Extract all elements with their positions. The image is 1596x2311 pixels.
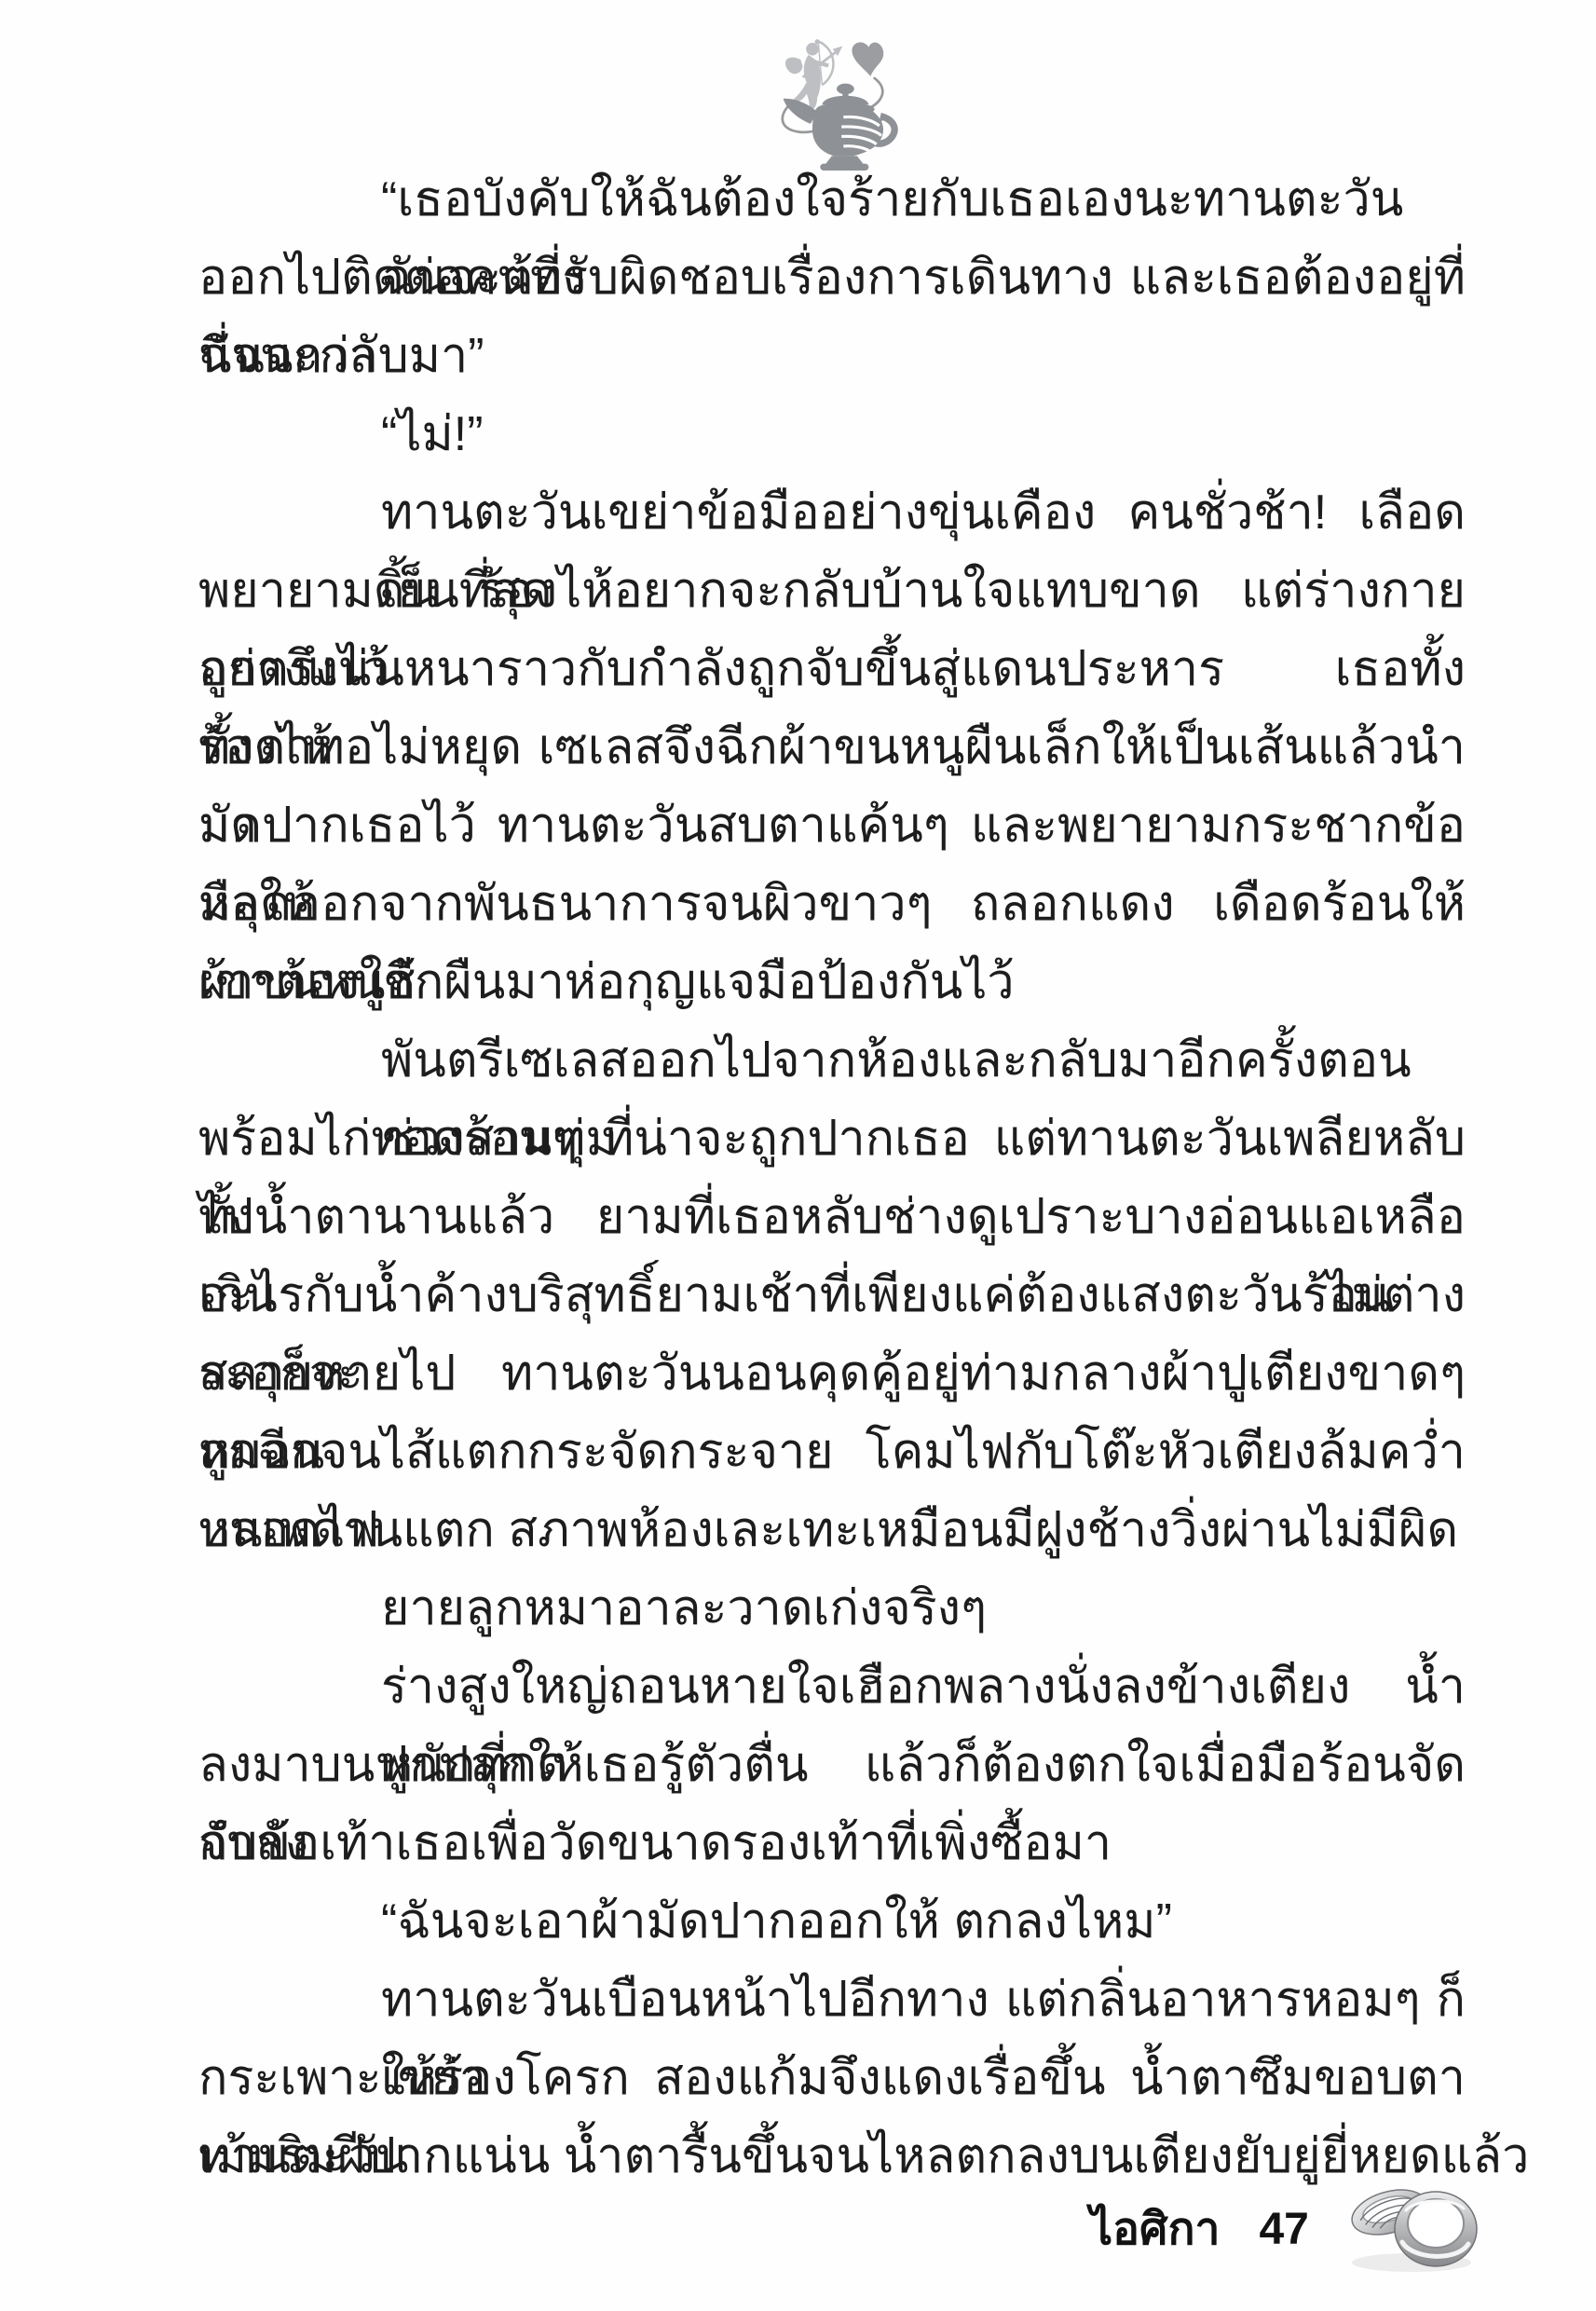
- text-line: ออกไปติดต่อคนที่รับผิดชอบเรื่องการเดินทา…: [198, 239, 1466, 317]
- paragraph: “เธอบังคับให้ฉันต้องใจร้ายกับเธอเองนะทาน…: [198, 160, 1466, 395]
- paragraph: ทานตะวันเขย่าข้อมืออย่างขุ่นเคือง คนชั่ว…: [198, 473, 1466, 1021]
- text-line: บนเพดานแตก สภาพห้องเละเทะเหมือนมีฝูงช้าง…: [198, 1491, 1466, 1569]
- book-page: “เธอบังคับให้ฉันต้องใจร้ายกับเธอเองนะทาน…: [0, 0, 1596, 2311]
- text-line: จับข้อเท้าเธอเพื่อวัดขนาดรองเท้าที่เพิ่ง…: [198, 1804, 1466, 1882]
- text-line: ถูกฉีกจนไส้แตกกระจัดกระจาย โคมไฟกับโต๊ะห…: [198, 1413, 1466, 1491]
- text-line: ลงมาบนฟูกปลุกให้เธอรู้ตัวตื่น แล้วก็ต้อง…: [198, 1726, 1466, 1804]
- paragraph: “ไม่!”: [198, 395, 1466, 473]
- wedding-rings-icon: [1344, 2171, 1484, 2276]
- text-line: กระเพาะให้ร้องโครก สองแก้มจึงแดงเรื่อขึ้…: [198, 2039, 1466, 2117]
- text-line: สลายหายไป ทานตะวันนอนคุดคู้อยู่ท่ามกลางผ…: [198, 1334, 1466, 1413]
- text-line: พยายามดิ้น ร้องไห้อยากจะกลับบ้านใจแทบขาด…: [198, 552, 1466, 630]
- paragraph: “ฉันจะเอาผ้ามัดปากออกให้ ตกลงไหม”: [198, 1882, 1466, 1961]
- text-line: ยายลูกหมาอาละวาดเก่งจริงๆ: [198, 1569, 1466, 1648]
- text-line: มัดปากเธอไว้ ทานตะวันสบตาแค้นๆ และพยายาม…: [198, 786, 1466, 865]
- text-line: พร้อมไก่ทอดร้อนๆ ที่น่าจะถูกปากเธอ แต่ทา…: [198, 1100, 1466, 1178]
- page-number: 47: [1259, 2204, 1308, 2255]
- paragraph: ร่างสูงใหญ่ถอนหายใจเฮือกพลางนั่งลงข้างเต…: [198, 1648, 1466, 1882]
- paragraph: ยายลูกหมาอาละวาดเก่งจริงๆ: [198, 1569, 1466, 1648]
- paragraph: ทานตะวันเบือนหน้าไปอีกทาง แต่กลิ่นอาหารห…: [198, 1961, 1466, 2195]
- text-line: ฉันจะกลับมา”: [198, 317, 1466, 395]
- text-line: อะไรกับน้ำค้างบริสุทธิ์ยามเช้าที่เพียงแค…: [198, 1256, 1466, 1334]
- text-line: ทั้งด่าทอไม่หยุด เซเลสจึงฉีกผ้าขนหนูผืนเ…: [198, 708, 1466, 786]
- text-line: ร่างสูงใหญ่ถอนหายใจเฮือกพลางนั่งลงข้างเต…: [198, 1648, 1466, 1726]
- text-line: อย่างแน่นหนาราวกับกำลังถูกจับขึ้นสู่แดนป…: [198, 630, 1466, 708]
- text-line: “ไม่!”: [198, 395, 1466, 473]
- running-title: ไอศิกา: [1090, 2194, 1220, 2264]
- text-line: “ฉันจะเอาผ้ามัดปากออกให้ ตกลงไหม”: [198, 1882, 1466, 1961]
- text-line: “เธอบังคับให้ฉันต้องใจร้ายกับเธอเองนะทาน…: [198, 160, 1466, 239]
- text-line: หลุดออกจากพันธนาการจนผิวขาวๆ ถลอกแดง เดื…: [198, 865, 1466, 943]
- text-line: ทานตะวันเบือนหน้าไปอีกทาง แต่กลิ่นอาหารห…: [198, 1961, 1466, 2039]
- body-text: “เธอบังคับให้ฉันต้องใจร้ายกับเธอเองนะทาน…: [198, 160, 1466, 2195]
- text-line: ผ้าขนหนูอีกผืนมาห่อกุญแจมือป้องกันไว้: [198, 943, 1466, 1021]
- paragraph: พันตรีเซเลสออกไปจากห้องและกลับมาอีกครั้ง…: [198, 1021, 1466, 1569]
- text-line: พันตรีเซเลสออกไปจากห้องและกลับมาอีกครั้ง…: [198, 1021, 1466, 1100]
- page-footer: ไอศิกา 47: [1090, 2167, 1484, 2279]
- lamp-cupid-ornament-icon: [771, 34, 902, 171]
- text-line: ทานตะวันเขย่าข้อมืออย่างขุ่นเคือง คนชั่ว…: [198, 473, 1466, 552]
- text-line: ทั้งน้ำตานานแล้ว ยามที่เธอหลับช่างดูเปรา…: [198, 1178, 1466, 1256]
